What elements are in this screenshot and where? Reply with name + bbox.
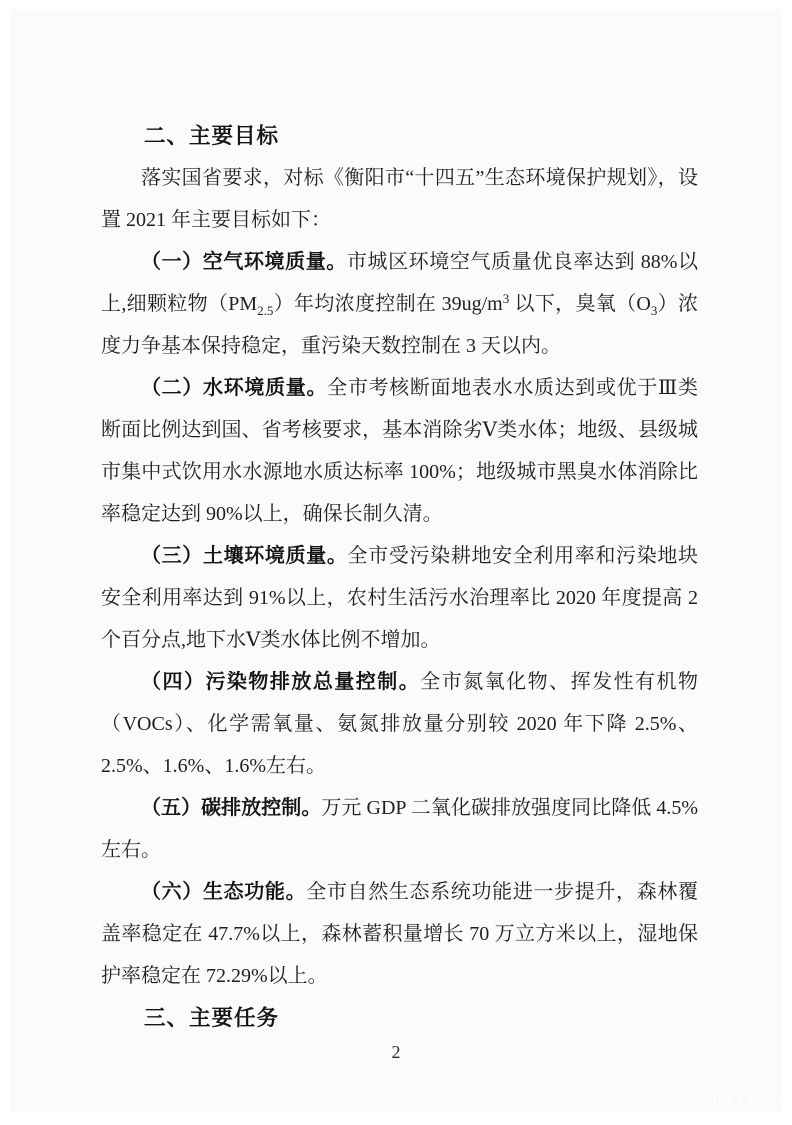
text-segment: 全市考核断面地表水水质达到或优于Ⅲ类断面比例达到国、省考核要求，基本消除劣Ⅴ类水… xyxy=(101,377,698,525)
goal-label: （二）水环境质量。 xyxy=(141,377,327,399)
goal-label: （一）空气环境质量。 xyxy=(141,251,347,273)
intro-paragraph: 落实国省要求，对标《衡阳市“十四五”生态环境保护规划》，设置 2021 年主要目… xyxy=(101,157,698,241)
text-segment: 以下，臭氧（O xyxy=(509,293,651,315)
section-heading-main-tasks: 三、主要任务 xyxy=(101,997,698,1039)
section-heading-main-goals: 二、主要目标 xyxy=(101,115,698,157)
goal-soil-quality: （三）土壤环境质量。全市受污染耕地安全利用率和污染地块安全利用率达到 91%以上… xyxy=(101,535,698,661)
goal-ecological-function: （六）生态功能。全市自然生态系统功能进一步提升，森林覆盖率稳定在 47.7%以上… xyxy=(101,871,698,997)
text-segment: 落实国省要求，对标《衡阳市“十四五”生态环境保护规划》，设置 2021 年主要目… xyxy=(101,167,698,231)
document-page: 二、主要目标 落实国省要求，对标《衡阳市“十四五”生态环境保护规划》，设置 20… xyxy=(10,10,782,1111)
watermark: dniii.co xyxy=(702,1089,790,1107)
document-body: 二、主要目标 落实国省要求，对标《衡阳市“十四五”生态环境保护规划》，设置 20… xyxy=(10,10,782,1039)
goal-pollutant-emission-control: （四）污染物排放总量控制。全市氮氧化物、挥发性有机物（VOCs）、化学需氧量、氨… xyxy=(101,661,698,787)
goal-label: （三）土壤环境质量。 xyxy=(141,545,348,567)
page-number: 2 xyxy=(10,1042,782,1063)
goal-carbon-emission-control: （五）碳排放控制。万元 GDP 二氧化碳排放强度同比降低 4.5%左右。 xyxy=(101,787,698,871)
text-segment: ）年均浓度控制在 39ug/m xyxy=(273,293,502,315)
paragraphs-container: 落实国省要求，对标《衡阳市“十四五”生态环境保护规划》，设置 2021 年主要目… xyxy=(101,157,698,997)
goal-label: （六）生态功能。 xyxy=(141,881,306,903)
goal-label: （五）碳排放控制。 xyxy=(141,797,321,819)
goal-air-quality: （一）空气环境质量。市城区环境空气质量优良率达到 88%以上,细颗粒物（PM2.… xyxy=(101,241,698,367)
text-segment: 2.5 xyxy=(257,303,273,318)
goal-label: （四）污染物排放总量控制。 xyxy=(141,671,420,693)
goal-water-quality: （二）水环境质量。全市考核断面地表水水质达到或优于Ⅲ类断面比例达到国、省考核要求… xyxy=(101,367,698,535)
